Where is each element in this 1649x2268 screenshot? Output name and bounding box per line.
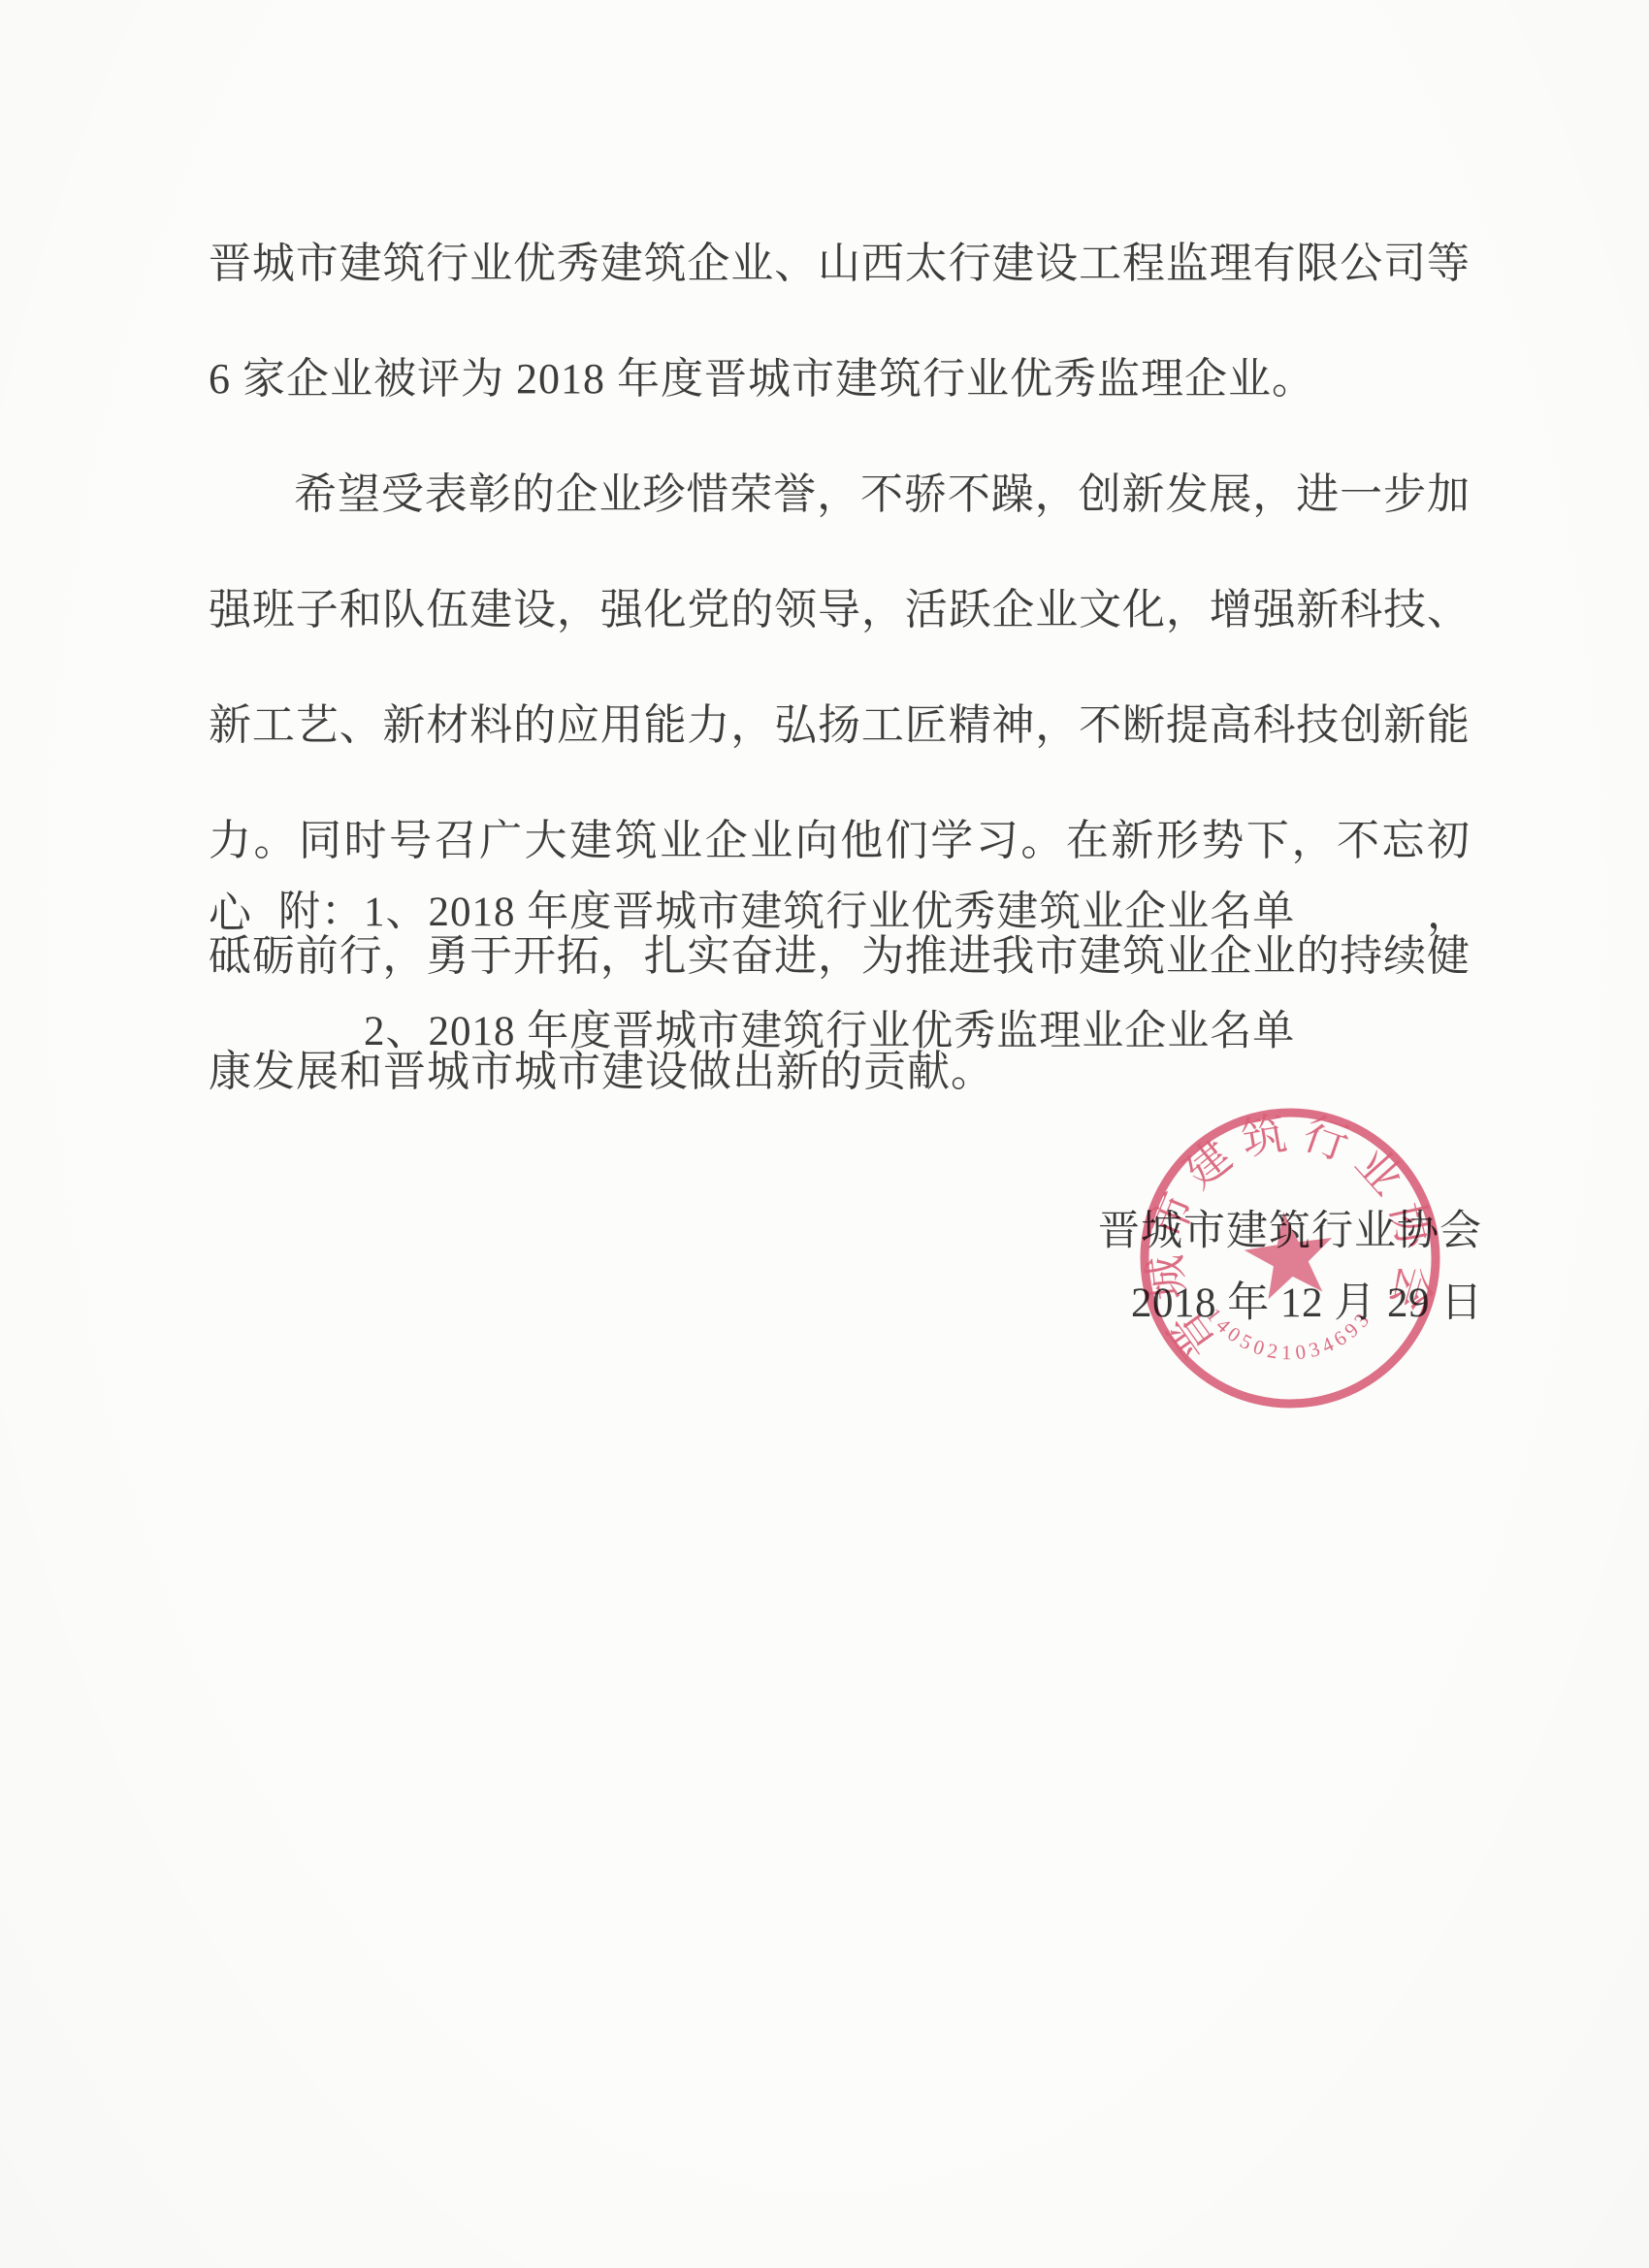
attachment-item: 2、2018 年度晋城市建筑行业优秀监理业企业名单 <box>209 993 1470 1071</box>
attachment-item: 附：1、2018 年度晋城市建筑行业优秀建筑业企业名单 <box>209 874 1470 952</box>
signature-organization: 晋城市建筑行业协会 <box>1098 1209 1482 1255</box>
paragraph-line: 晋城市建筑行业优秀建筑企业、山西太行建设工程监理有限公司等 <box>209 227 1470 300</box>
paragraph-line: 强班子和队伍建设，强化党的领导，活跃企业文化，增强新科技、 <box>209 573 1470 646</box>
signature-date: 2018 年 12 月 29 日 <box>1131 1280 1483 1327</box>
paragraph-line: 新工艺、新材料的应用能力，弘扬工匠精神，不断提高科技创新能 <box>209 689 1470 761</box>
paragraph-line: 6 家企业被评为 2018 年度晋城市建筑行业优秀监理企业。 <box>209 342 1470 415</box>
attachment-list: 附：1、2018 年度晋城市建筑行业优秀建筑业企业名单 2、2018 年度晋城市… <box>209 832 1470 1113</box>
paragraph-line: 希望受表彰的企业珍惜荣誉，不骄不躁，创新发展，进一步加 <box>209 458 1470 531</box>
scanned-document-page: 晋城市建筑行业优秀建筑企业、山西太行建设工程监理有限公司等 6 家企业被评为 2… <box>0 0 1649 2268</box>
